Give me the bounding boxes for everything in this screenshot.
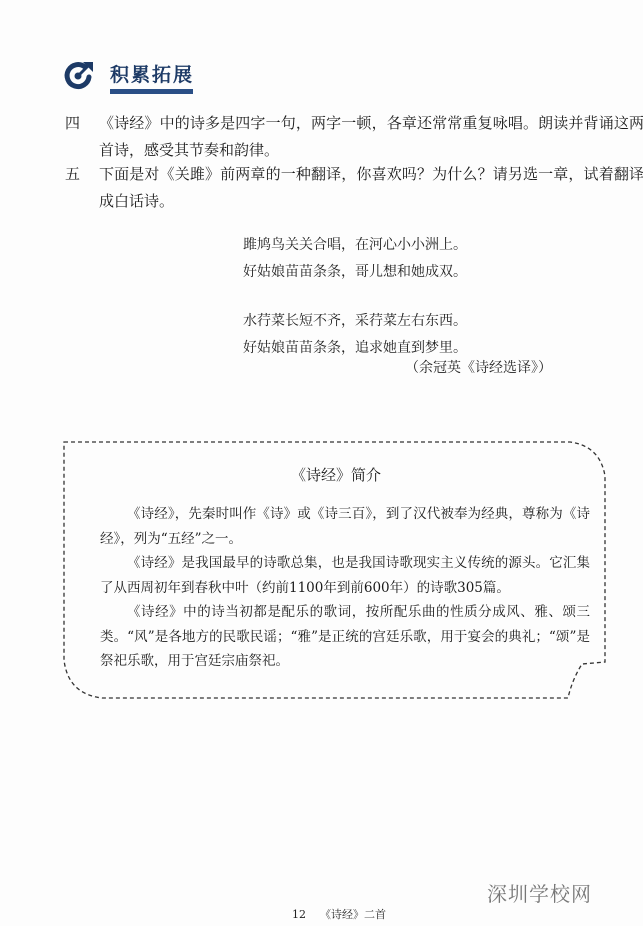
poem-line: 雎鸠鸟关关合唱，在河心小小洲上。: [243, 232, 467, 259]
question-number: 四: [65, 110, 95, 137]
refresh-arrow-icon: [63, 59, 95, 91]
section-header: 积累拓展: [60, 56, 200, 96]
question-number: 五: [65, 161, 95, 188]
info-box-body: 《诗经》，先秦时叫作《诗》或《诗三百》，到了汉代被奉为经典，尊称为《诗经》，列为…: [100, 502, 590, 674]
poem-translation: 雎鸠鸟关关合唱，在河心小小洲上。 好姑娘苗苗条条，哥儿想和她成双。 水荇菜长短不…: [243, 232, 467, 362]
info-paragraph: 《诗经》中的诗当初都是配乐的歌词，按所配乐曲的性质分成风、雅、颂三类。“风”是各…: [100, 600, 590, 674]
info-paragraph: 《诗经》，先秦时叫作《诗》或《诗三百》，到了汉代被奉为经典，尊称为《诗经》，列为…: [100, 502, 590, 551]
question-text: 《诗经》中的诗多是四字一句，两字一顿，各章还常常重复咏唱。朗读并背诵这两首诗，感…: [99, 110, 643, 164]
section-title: 积累拓展: [110, 60, 194, 87]
poem-source: （余冠英《诗经选译》）: [405, 357, 552, 377]
page-footer: 12 《诗经》二首: [292, 906, 386, 922]
info-paragraph: 《诗经》是我国最早的诗歌总集，也是我国诗歌现实主义传统的源头。它汇集了从西周初年…: [100, 551, 590, 600]
poem-line: 水荇菜长短不齐，采荇菜左右东西。: [243, 308, 467, 335]
watermark: 深圳学校网: [487, 878, 592, 907]
section-underline: [110, 89, 193, 94]
chapter-title: 《诗经》二首: [320, 908, 386, 921]
poem-line: 好姑娘苗苗条条，哥儿想和她成双。: [243, 259, 467, 286]
info-box-title: 《诗经》简介: [62, 464, 610, 485]
question-text: 下面是对《关雎》前两章的一种翻译，你喜欢吗？为什么？请另选一章，试着翻译成白话诗…: [99, 161, 643, 215]
info-box: 《诗经》简介 《诗经》，先秦时叫作《诗》或《诗三百》，到了汉代被奉为经典，尊称为…: [62, 440, 610, 702]
page-number: 12: [292, 908, 306, 921]
